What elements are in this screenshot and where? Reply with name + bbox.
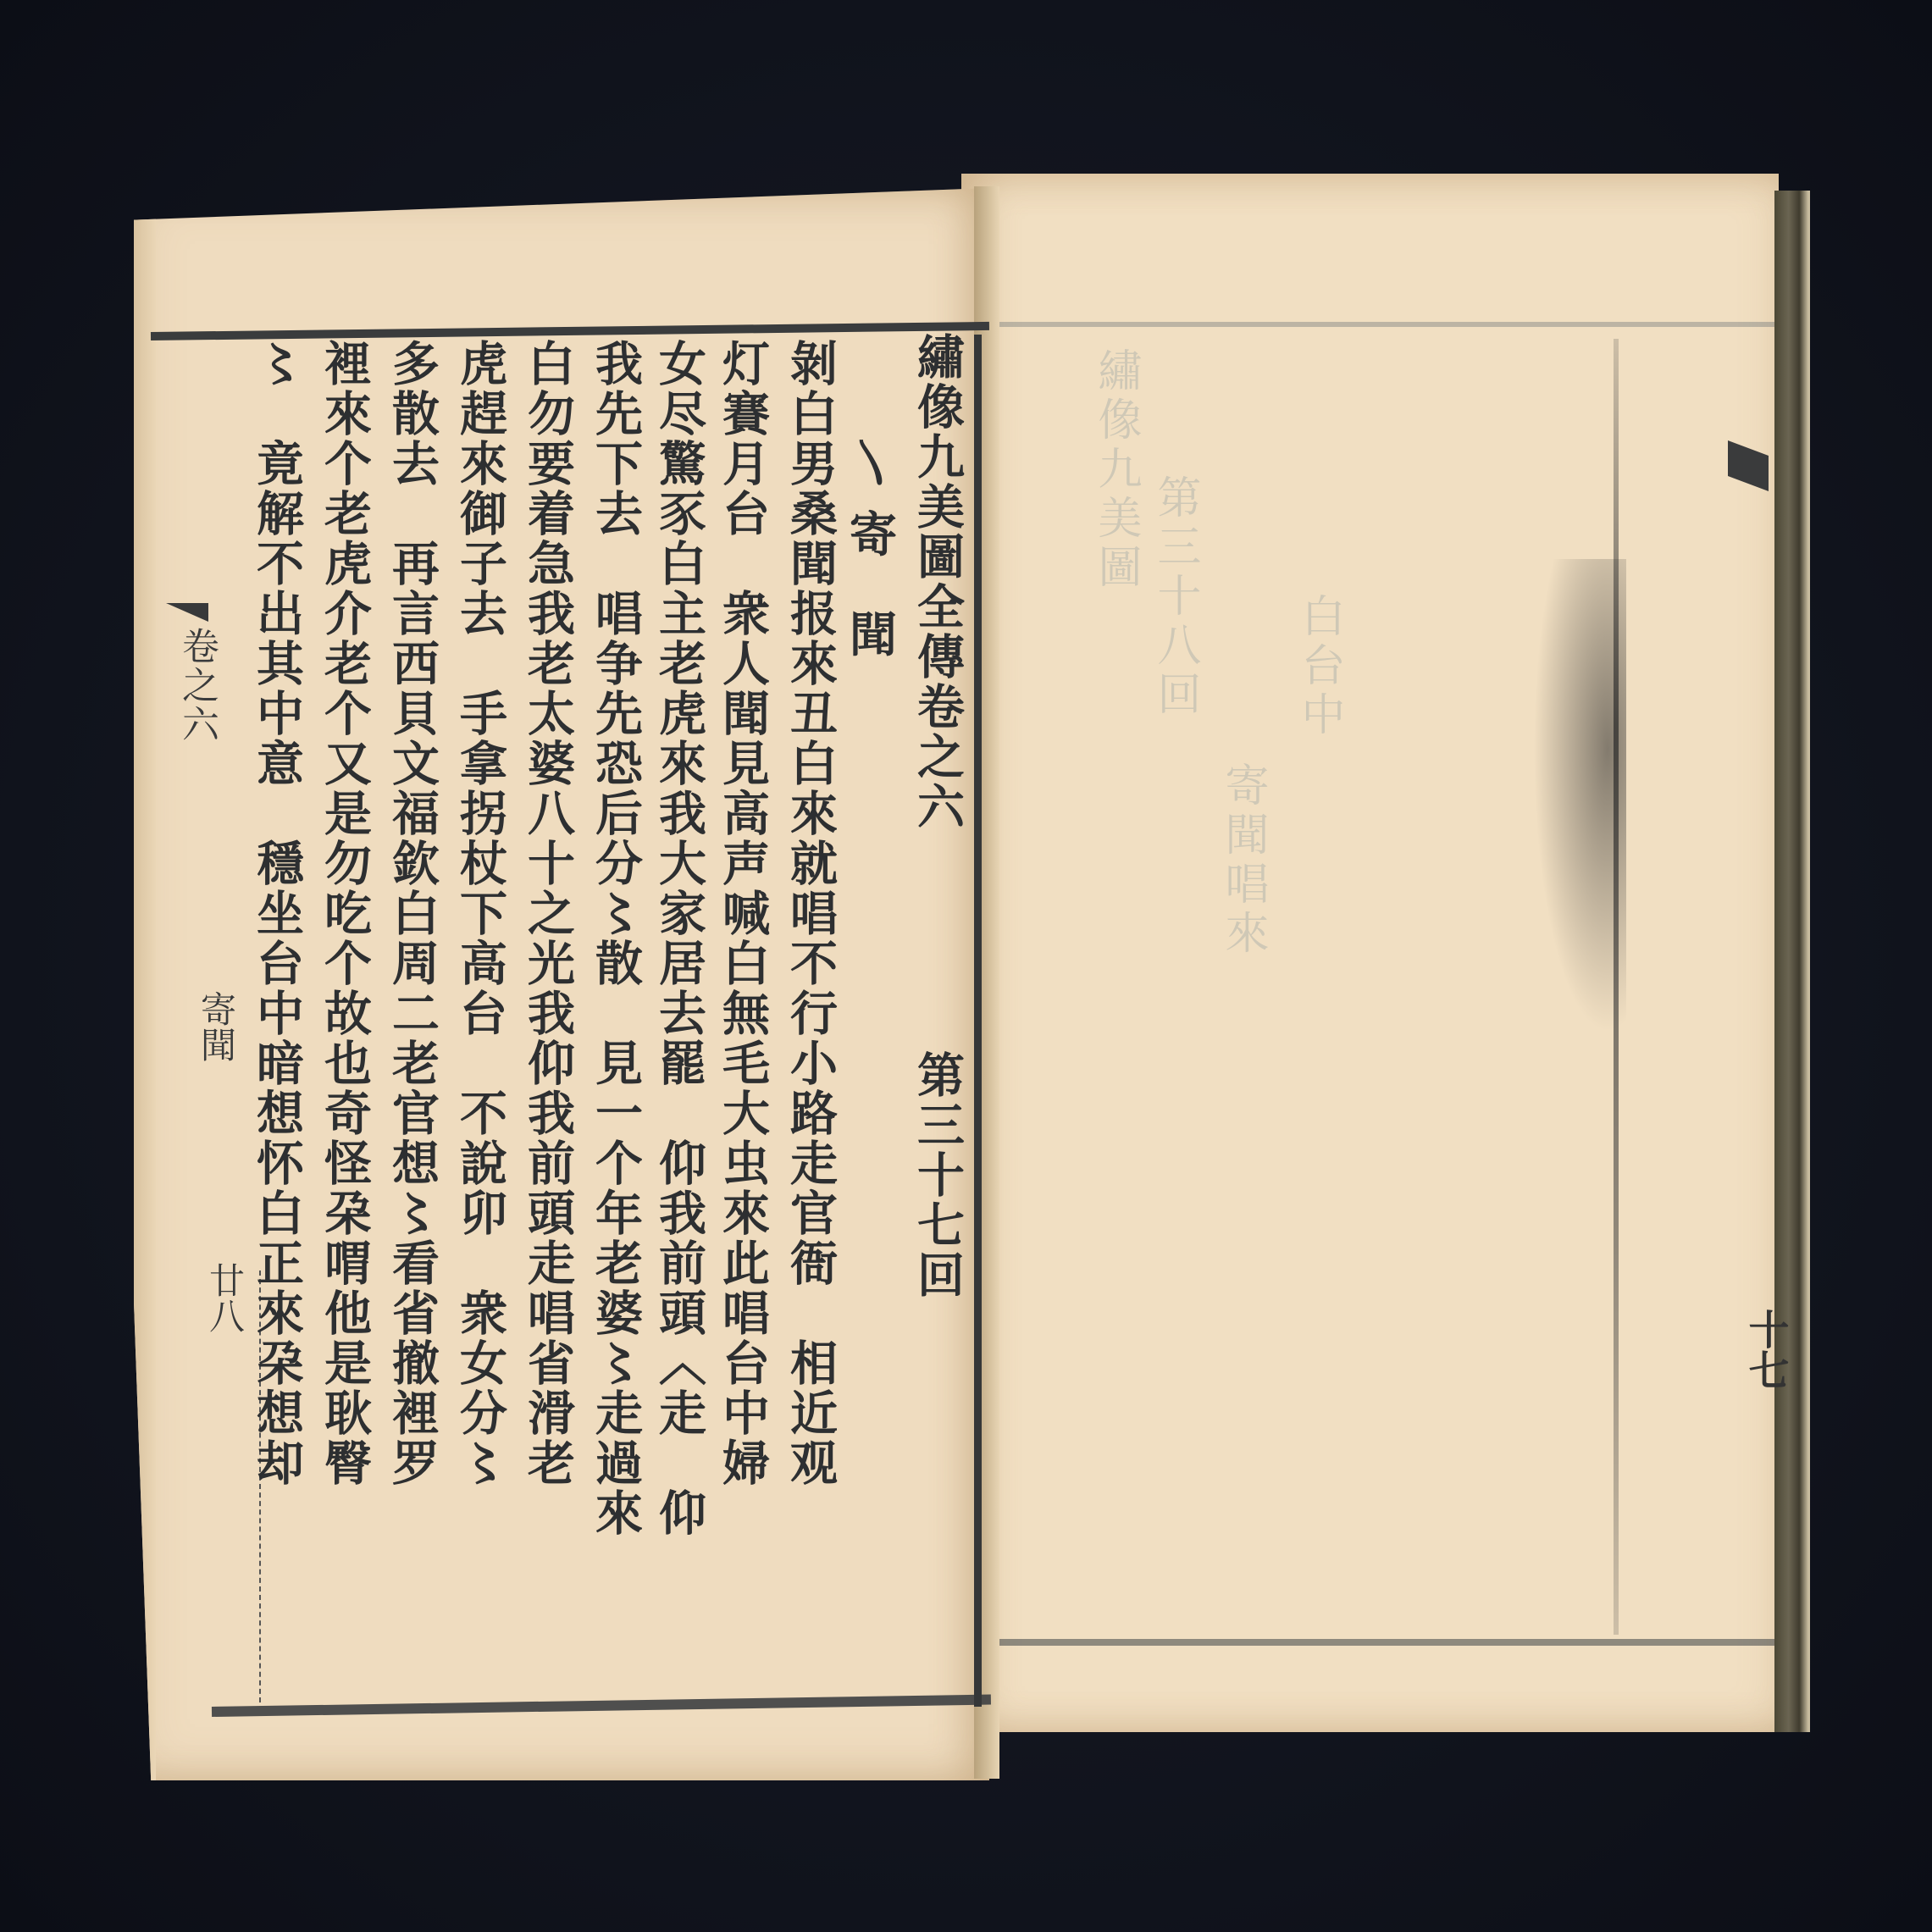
bleed-through-text: 白台中 <box>1287 593 1351 740</box>
text-column: 剝白男桑聞报來丑白來就唱不行小路走官衙 相近观 <box>787 339 834 1488</box>
bleed-through-text: 繡像九美圖 <box>1084 347 1148 593</box>
text-column: 白勿要着急我老太婆八十之光我仰我前頭走唱省滑老 <box>524 339 572 1488</box>
bleed-through-text: 第三十八回 <box>1143 474 1207 720</box>
text-column: 裡來个老虎介老个又是勿吃个故也奇怪朶喟他是耿臀 <box>321 339 368 1488</box>
margin-leaf-number: 廿八 <box>199 1262 250 1333</box>
right-frame-top <box>987 322 1774 327</box>
left-page-text: 繡像九美圖全傳卷之六 第三十七回 〵 寄 聞 剝白男桑聞报來丑白來就唱不行小路走… <box>195 339 961 1702</box>
fold-line <box>1614 339 1619 1635</box>
left-frame-right <box>974 335 982 1707</box>
right-leaf-number: 十七 <box>1736 1309 1795 1390</box>
text-column: 虎趕來御子去 手拿拐杖下高台 不說卯 衆女分〻 <box>457 339 504 1488</box>
text-column: 〵 寄 聞 <box>846 440 894 660</box>
fold-smudge <box>1533 559 1626 1033</box>
chapter-heading: 第三十七回 <box>914 1050 961 1300</box>
margin-section-label: 寄聞 <box>191 991 241 1062</box>
title-column: 繡像九美圖全傳卷之六 <box>914 332 961 832</box>
text-column: 多散去 再言西貝文福欽白周二老官想〻看省撤裡罗 <box>389 339 436 1488</box>
text-column: 我先下去 唱争先恐后分〻散 見一个年老婆〻走過來 <box>592 339 639 1538</box>
right-frame-bottom <box>987 1639 1774 1646</box>
text-column: 灯賽月台 衆人聞見高声喊白無毛大虫來此唱台中婦 <box>719 339 767 1488</box>
bleed-through-text: 寄聞唱來 <box>1211 762 1275 959</box>
page-stack-edge <box>1774 191 1810 1732</box>
text-column: 〻 竟解不出其中意 穩坐台中暗想怀白正來朶想却 <box>253 339 301 1488</box>
margin-volume-label: 卷之六 <box>169 627 224 744</box>
text-column: 女尽驚豕白主老虎來我大家居去罷 仰我前頭〈走 仰 <box>656 339 703 1538</box>
